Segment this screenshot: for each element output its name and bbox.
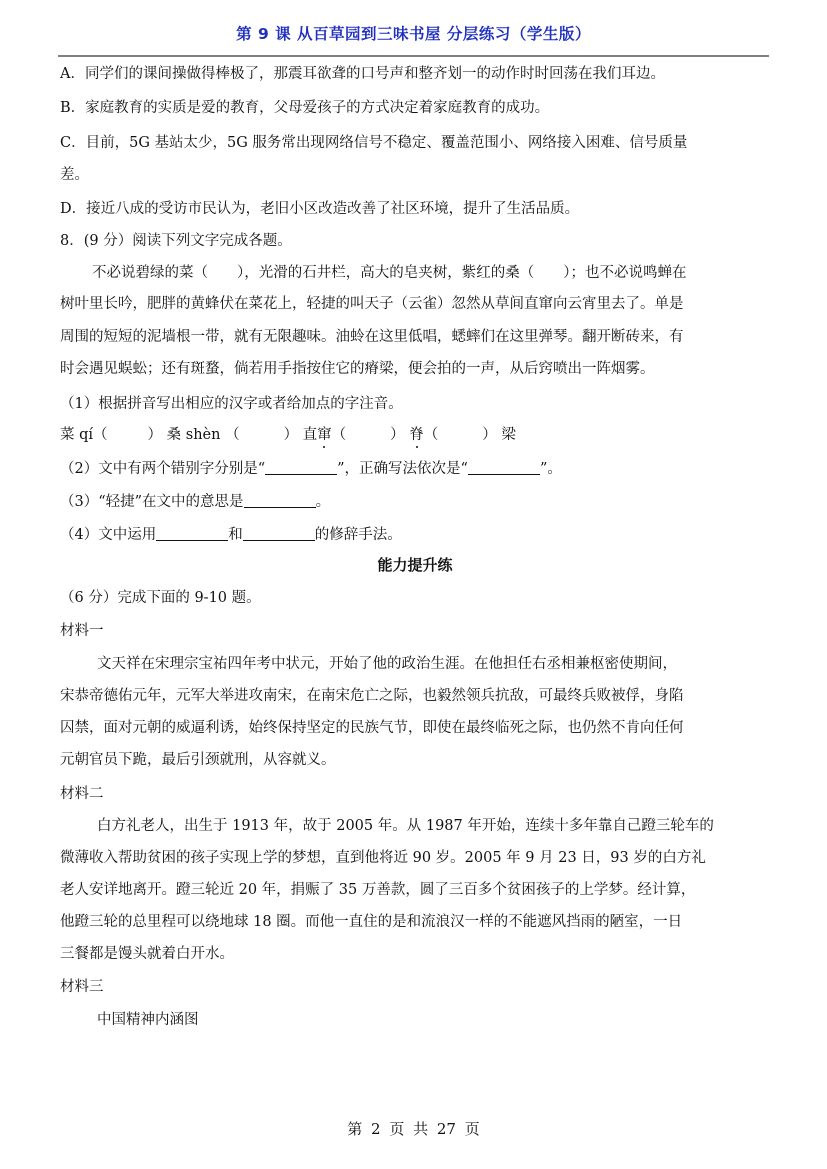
option-c: C．目前，5G 基站太少，5G 服务常出现网络信号不稳定、覆盖范围小、网络接入困…	[60, 131, 687, 152]
pinyin-item-2-pinyin: shèn	[186, 427, 221, 443]
subquestion-3-text-a: （3）“轻捷”在文中的意思是	[60, 494, 244, 510]
answer-paren-close: ）	[148, 427, 163, 443]
material-1-line: 元朝官员下跪，最后引颈就刑，从容就义。	[60, 748, 336, 769]
pinyin-item-3-prefix: 直	[303, 427, 318, 443]
answer-blank-rhetoric-1[interactable]	[156, 526, 228, 541]
material-1-line: 宋恭帝德佑元年，元军大举进攻南宋，在南宋危亡之际，也毅然领兵抗敌，可最终兵败被俘…	[60, 684, 684, 705]
option-d: D．接近八成的受访市民认为，老旧小区改造改善了社区环境，提升了生活品质。	[60, 197, 579, 218]
page-footer: 第 2 页 共 27 页	[0, 1118, 827, 1139]
header-rule	[58, 55, 769, 57]
material-2-line: 白方礼老人，出生于 1913 年，故于 2005 年。从 1987 年开始，连续…	[60, 814, 714, 835]
passage-line: 周围的短短的泥墙根一带，就有无限趣味。油蛉在这里低唱，蟋蟀们在这里弹琴。翻开断砖…	[60, 325, 684, 346]
subquestion-2-text-b: ”，正确写法依次是“	[337, 461, 468, 477]
subquestion-4-text-c: 的修辞手法。	[315, 527, 402, 543]
subquestion-3-text-b: 。	[316, 494, 331, 510]
answer-blank-correct[interactable]	[468, 460, 540, 475]
answer-blank-typo[interactable]	[265, 460, 337, 475]
section-intro: （6 分）完成下面的 9-10 题。	[60, 586, 261, 607]
pinyin-row: 菜 qí（） 桑 shèn （） 直窜（） 脊（） 梁	[60, 423, 516, 444]
answer-paren-open: （	[424, 427, 439, 443]
subquestion-4: （4）文中运用和的修辞手法。	[60, 523, 402, 544]
material-2-line: 老人安详地离开。蹬三轮近 20 年，捐赈了 35 万善款，圆了三百多个贫困孩子的…	[60, 878, 695, 899]
answer-paren-open: （	[225, 427, 240, 443]
material-3-label: 材料三	[60, 975, 104, 996]
section-title-ability: 能力提升练	[60, 554, 770, 575]
material-2-label: 材料二	[60, 782, 104, 803]
material-2-line: 三餐都是馒头就着白开水。	[60, 942, 234, 963]
answer-paren-open: （	[93, 427, 108, 443]
subquestion-1: （1）根据拼音写出相应的汉字或者给加点的字注音。	[60, 392, 403, 413]
material-2-line: 微薄收入帮助贫困的孩子实现上学的梦想，直到他将近 90 岁。2005 年 9 月…	[60, 846, 706, 867]
material-3-caption: 中国精神内涵图	[60, 1008, 199, 1029]
passage-line: 时会遇见蜈蚣；还有斑蝥，倘若用手指按住它的瘠梁，便会拍的一声，从后窍喷出一阵烟雾…	[60, 357, 655, 378]
material-1-line: 文天祥在宋理宗宝祐四年考中状元，开始了他的政治生涯。在他担任右丞相兼枢密使期间，	[60, 652, 677, 673]
pinyin-item-3-dotted-char: 窜	[317, 427, 332, 443]
answer-paren-close: ）	[284, 427, 299, 443]
pinyin-item-1-char: 菜	[60, 427, 75, 443]
passage-line: 不必说碧绿的菜（ ），光滑的石井栏，高大的皂夹树，紫红的桑（ ）；也不必说鸣蝉在	[55, 261, 687, 282]
answer-blank-rhetoric-2[interactable]	[243, 526, 315, 541]
question-8-title: 8．(9 分）阅读下列文字完成各题。	[60, 229, 292, 250]
option-a: A．同学们的课间操做得棒极了，那震耳欲聋的口号声和整齐划一的动作时时回荡在我们耳…	[60, 62, 665, 83]
subquestion-2-text-c: ”。	[540, 461, 562, 477]
subquestion-2-text-a: （2）文中有两个错别字分别是“	[60, 461, 265, 477]
passage-line: 树叶里长吟，肥胖的黄蜂伏在菜花上，轻捷的叫天子（云雀）忽然从草间直窜向云宵里去了…	[60, 292, 684, 313]
answer-paren-close: ）	[482, 427, 497, 443]
subquestion-2: （2）文中有两个错别字分别是“”，正确写法依次是“”。	[60, 457, 562, 478]
answer-paren-close: ）	[390, 427, 405, 443]
material-1-line: 囚禁，面对元朝的威逼利诱，始终保持坚定的民族气节，即使在最终临死之际，也仍然不肯…	[60, 716, 684, 737]
material-2-line: 他蹬三轮的总里程可以绕地球 18 圈。而他一直住的是和流浪汉一样的不能遮风挡雨的…	[60, 910, 682, 931]
pinyin-item-1-pinyin: qí	[79, 427, 93, 443]
pinyin-item-2-char: 桑	[167, 427, 182, 443]
option-b: B．家庭教育的实质是爱的教育，父母爱孩子的方式决定着家庭教育的成功。	[60, 96, 549, 117]
option-c-continued: 差。	[60, 163, 89, 184]
pinyin-item-4-dotted-char: 脊	[409, 427, 424, 443]
answer-paren-open: （	[332, 427, 347, 443]
material-1-label: 材料一	[60, 619, 104, 640]
subquestion-3: （3）“轻捷”在文中的意思是。	[60, 490, 330, 511]
pinyin-item-5-char: 梁	[501, 427, 516, 443]
subquestion-4-text-b: 和	[228, 527, 243, 543]
subquestion-4-text-a: （4）文中运用	[60, 527, 156, 543]
page-header-title: 第 9 课 从百草园到三味书屋 分层练习（学生版）	[0, 22, 827, 44]
answer-blank-meaning[interactable]	[244, 493, 316, 508]
